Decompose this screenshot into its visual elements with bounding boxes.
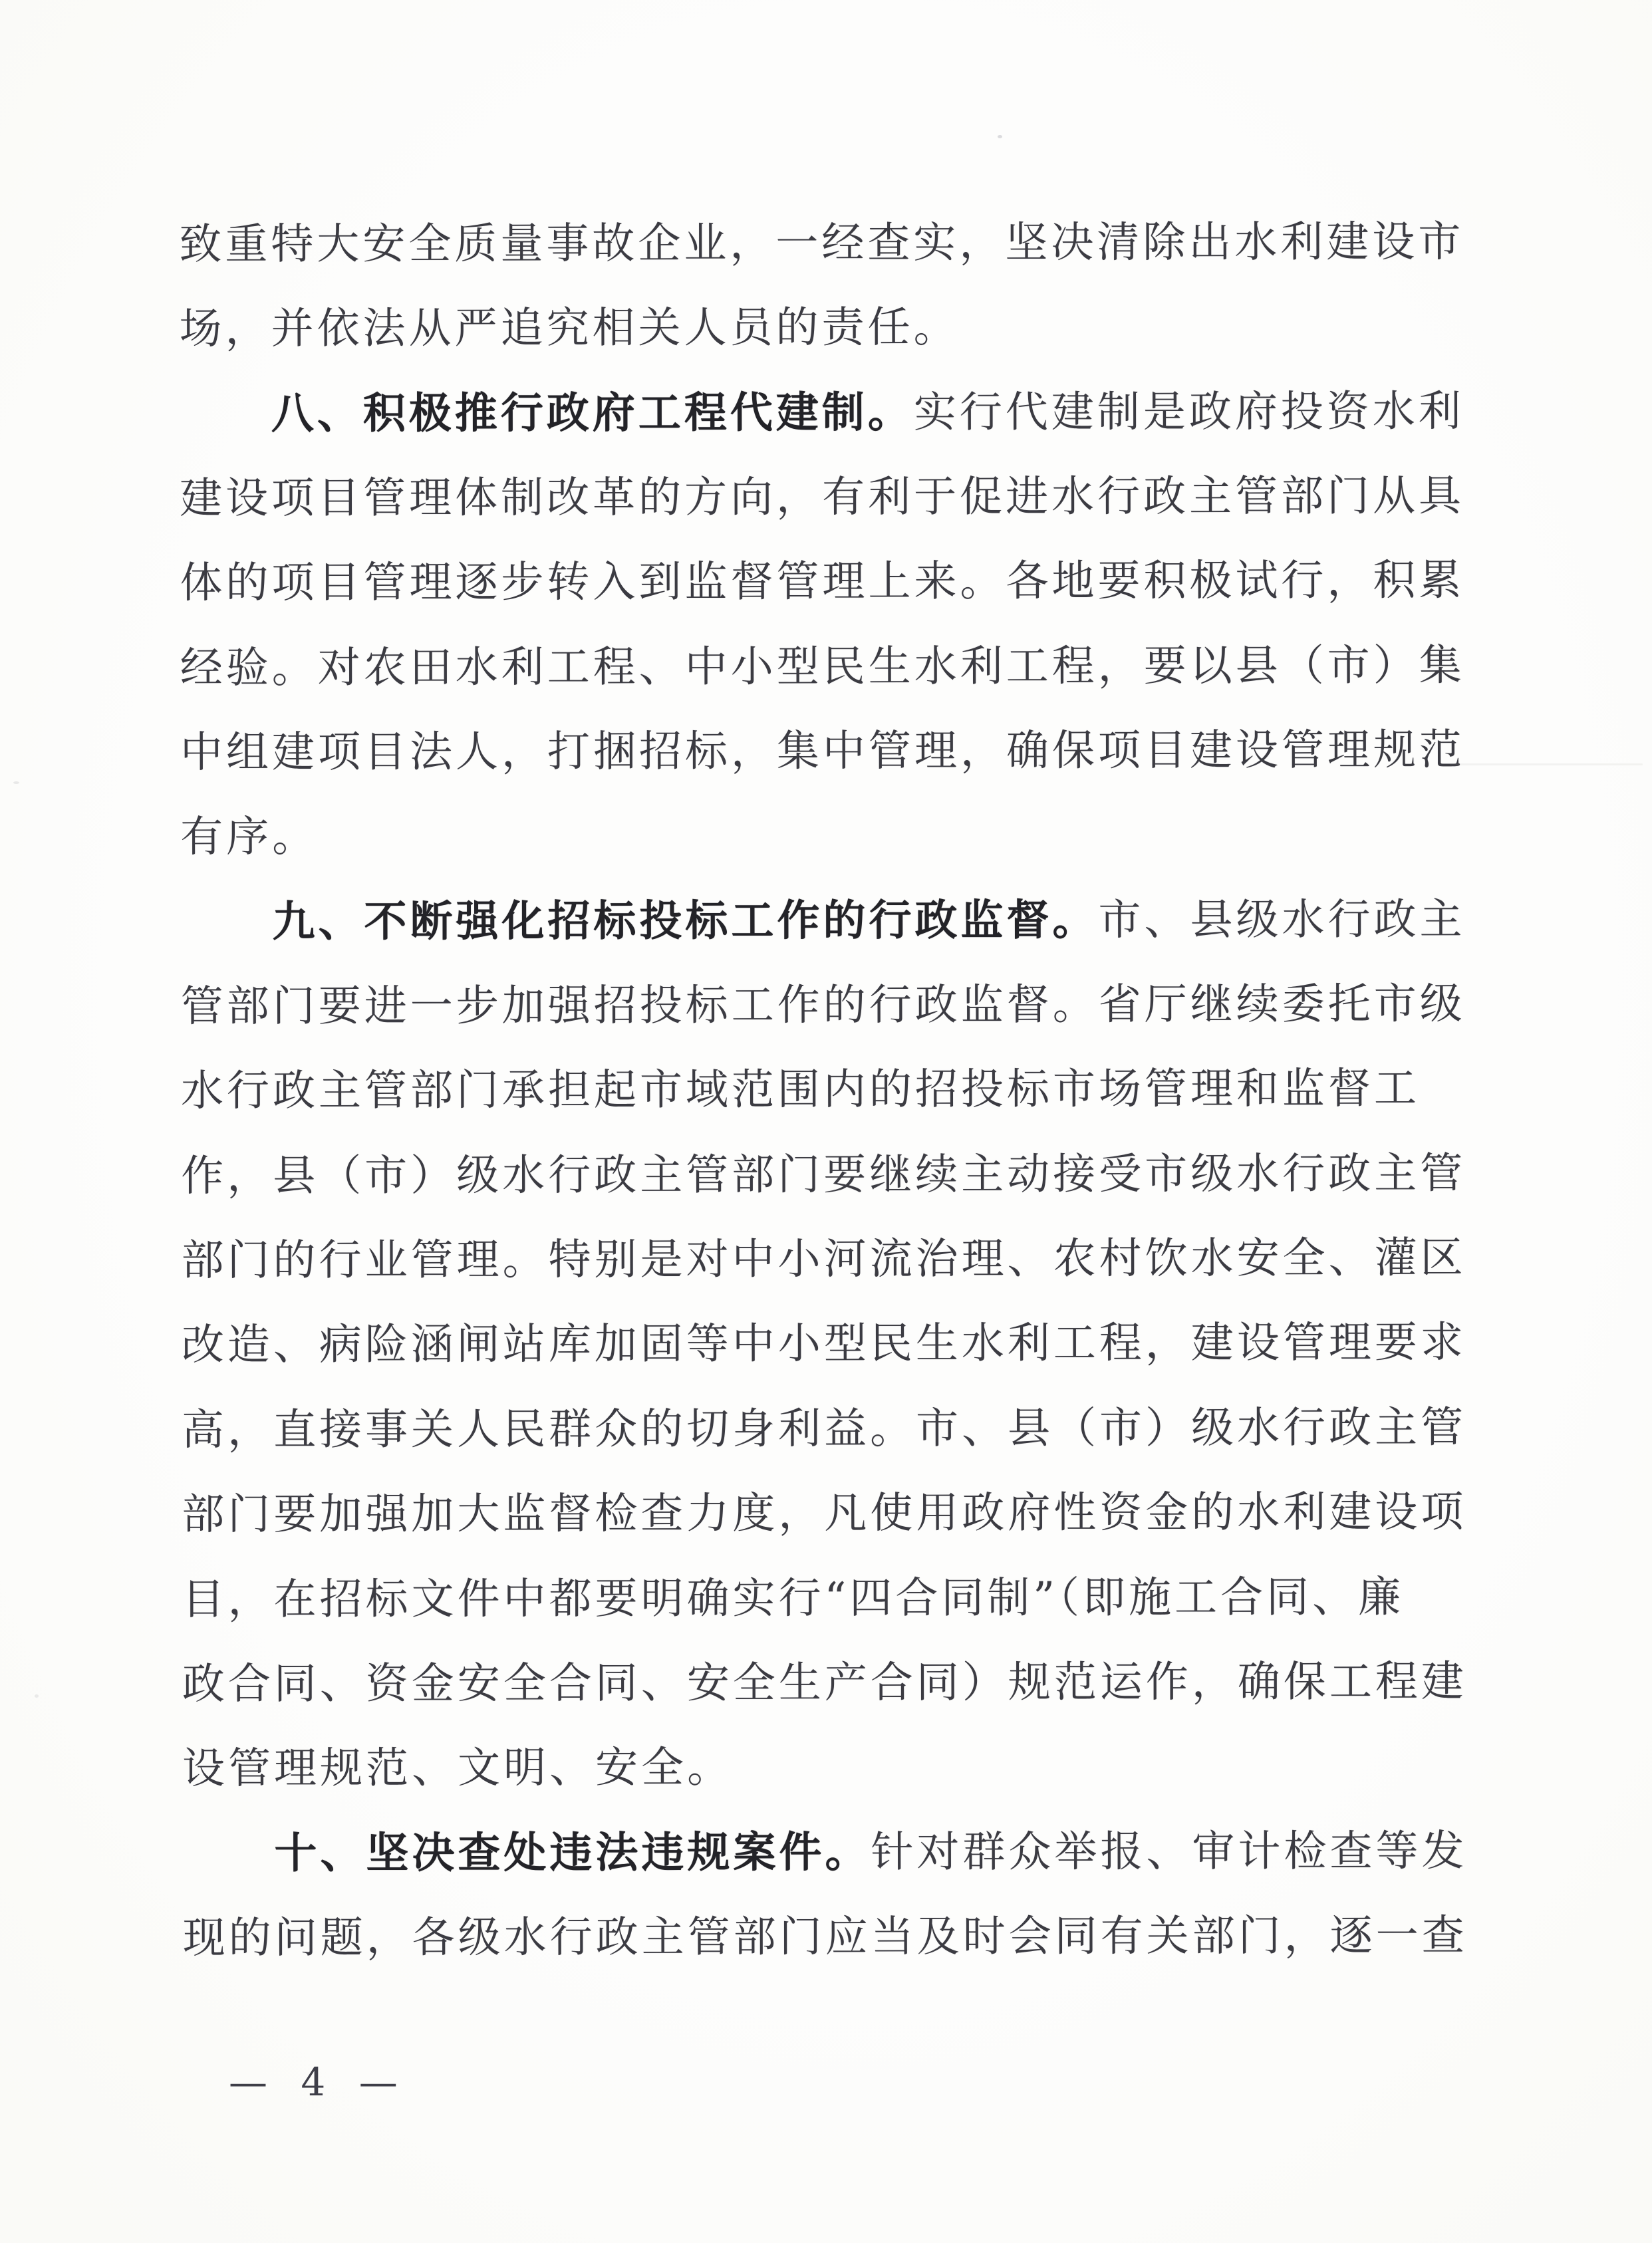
text-line-11: 水行政主管部门承担起市域范围内的招投标市场管理和监督工 [181, 1047, 1484, 1134]
body-text: 目，在招标文件中都要明确实行“四合同制”（即施工合同、廉 [182, 1573, 1405, 1625]
section-heading-text: 九、不断强化招标投标工作的行政监督。 [272, 896, 1098, 947]
body-text: 现的问题，各级水行政主管部门应当及时会同有关部门，逐一查 [183, 1911, 1468, 1963]
body-text: 体的项目管理逐步转入到监督管理上来。各地要积极试行，积累 [180, 556, 1464, 608]
body-text: 场，并依法从严追究相关人员的责任。 [180, 303, 960, 354]
body-text: 设管理规范、文明、安全。 [182, 1744, 733, 1794]
text-line-14: 改造、病险涵闸站库加固等中小型民生水利工程，建设管理要求 [182, 1301, 1485, 1388]
body-text: 致重特大安全质量事故企业，一经查实，坚决清除出水利建设市 [179, 217, 1464, 269]
text-line-20: 十、坚决查处违法违规案件。针对群众举报、审计检查等发 [182, 1809, 1486, 1896]
section-heading-text: 八、积极推行政府工程代建制。 [271, 388, 914, 438]
body-text: 高，直接事关人民群众的切身利益。市、县（市）级水行政主管 [182, 1403, 1466, 1455]
text-line-4: 建设项目管理体制改革的方向，有利于促进水行政主管部门从具 [180, 454, 1483, 541]
text-line-10: 管部门要进一步加强招投标工作的行政监督。省厅继续委托市级 [181, 962, 1484, 1049]
document-body: 致重特大安全质量事故企业，一经查实，坚决清除出水利建设市场，并依法从严追究相关人… [179, 200, 1486, 1981]
body-text: 部门的行业管理。特别是对中小河流治理、农村饮水安全、灌区 [181, 1234, 1466, 1285]
text-line-16: 部门要加强加大监督检查力度，凡使用政府性资金的水利建设项 [182, 1470, 1485, 1557]
text-line-19: 设管理规范、文明、安全。 [182, 1724, 1486, 1811]
text-line-2: 场，并依法从严追究相关人员的责任。 [179, 285, 1482, 372]
text-line-12: 作，县（市）级水行政主管部门要继续主动接受市级水行政主管 [181, 1132, 1484, 1219]
text-line-15: 高，直接事关人民群众的切身利益。市、县（市）级水行政主管 [182, 1386, 1485, 1473]
text-line-3: 八、积极推行政府工程代建制。实行代建制是政府投资水利 [180, 370, 1483, 457]
text-line-18: 政合同、资金安全合同、安全生产合同）规范运作，确保工程建 [182, 1640, 1486, 1727]
body-text: 针对群众举报、审计检查等发 [871, 1827, 1467, 1877]
text-line-21: 现的问题，各级水行政主管部门应当及时会同有关部门，逐一查 [183, 1894, 1486, 1981]
text-line-13: 部门的行业管理。特别是对中小河流治理、农村饮水安全、灌区 [181, 1216, 1484, 1303]
body-text: 有序。 [180, 813, 318, 862]
text-line-17: 目，在招标文件中都要明确实行“四合同制”（即施工合同、廉 [182, 1555, 1485, 1642]
section-heading-text: 十、坚决查处违法违规案件。 [274, 1827, 871, 1878]
body-text: 部门要加强加大监督检查力度，凡使用政府性资金的水利建设项 [182, 1488, 1466, 1539]
text-line-6: 经验。对农田水利工程、中小型民生水利工程，要以县（市）集 [180, 624, 1484, 711]
body-text: 实行代建制是政府投资水利 [914, 387, 1464, 438]
body-text: 改造、病险涵闸站库加固等中小型民生水利工程，建设管理要求 [182, 1318, 1466, 1370]
scan-speck [13, 781, 19, 784]
body-text: 作，县（市）级水行政主管部门要继续主动接受市级水行政主管 [181, 1149, 1466, 1201]
page-number: — 4 — [229, 2059, 408, 2105]
scan-speck [998, 135, 1002, 138]
body-text: 市、县级水行政主 [1098, 895, 1465, 945]
body-text: 水行政主管部门承担起市域范围内的招投标市场管理和监督工 [181, 1065, 1420, 1117]
text-line-5: 体的项目管理逐步转入到监督管理上来。各地要积极试行，积累 [180, 539, 1483, 626]
text-line-9: 九、不断强化招标投标工作的行政监督。市、县级水行政主 [180, 878, 1484, 965]
text-line-7: 中组建项目法人，打捆招标，集中管理，确保项目建设管理规范 [180, 708, 1484, 795]
body-text: 政合同、资金安全合同、安全生产合同）规范运作，确保工程建 [182, 1657, 1467, 1709]
page-footer: — 4 — [229, 2052, 408, 2112]
document-page: 致重特大安全质量事故企业，一经查实，坚决清除出水利建设市场，并依法从严追究相关人… [0, 0, 1652, 2243]
body-text: 经验。对农田水利工程、中小型民生水利工程，要以县（市）集 [180, 641, 1465, 693]
body-text: 管部门要进一步加强招投标工作的行政监督。省厅继续委托市级 [181, 980, 1466, 1031]
text-line-8: 有序。 [180, 793, 1484, 880]
text-line-1: 致重特大安全质量事故企业，一经查实，坚决清除出水利建设市 [179, 200, 1482, 287]
body-text: 建设项目管理体制改革的方向，有利于促进水行政主管部门从具 [180, 471, 1464, 523]
body-text: 中组建项目法人，打捆招标，集中管理，确保项目建设管理规范 [180, 726, 1465, 777]
scan-speck [35, 1694, 39, 1698]
